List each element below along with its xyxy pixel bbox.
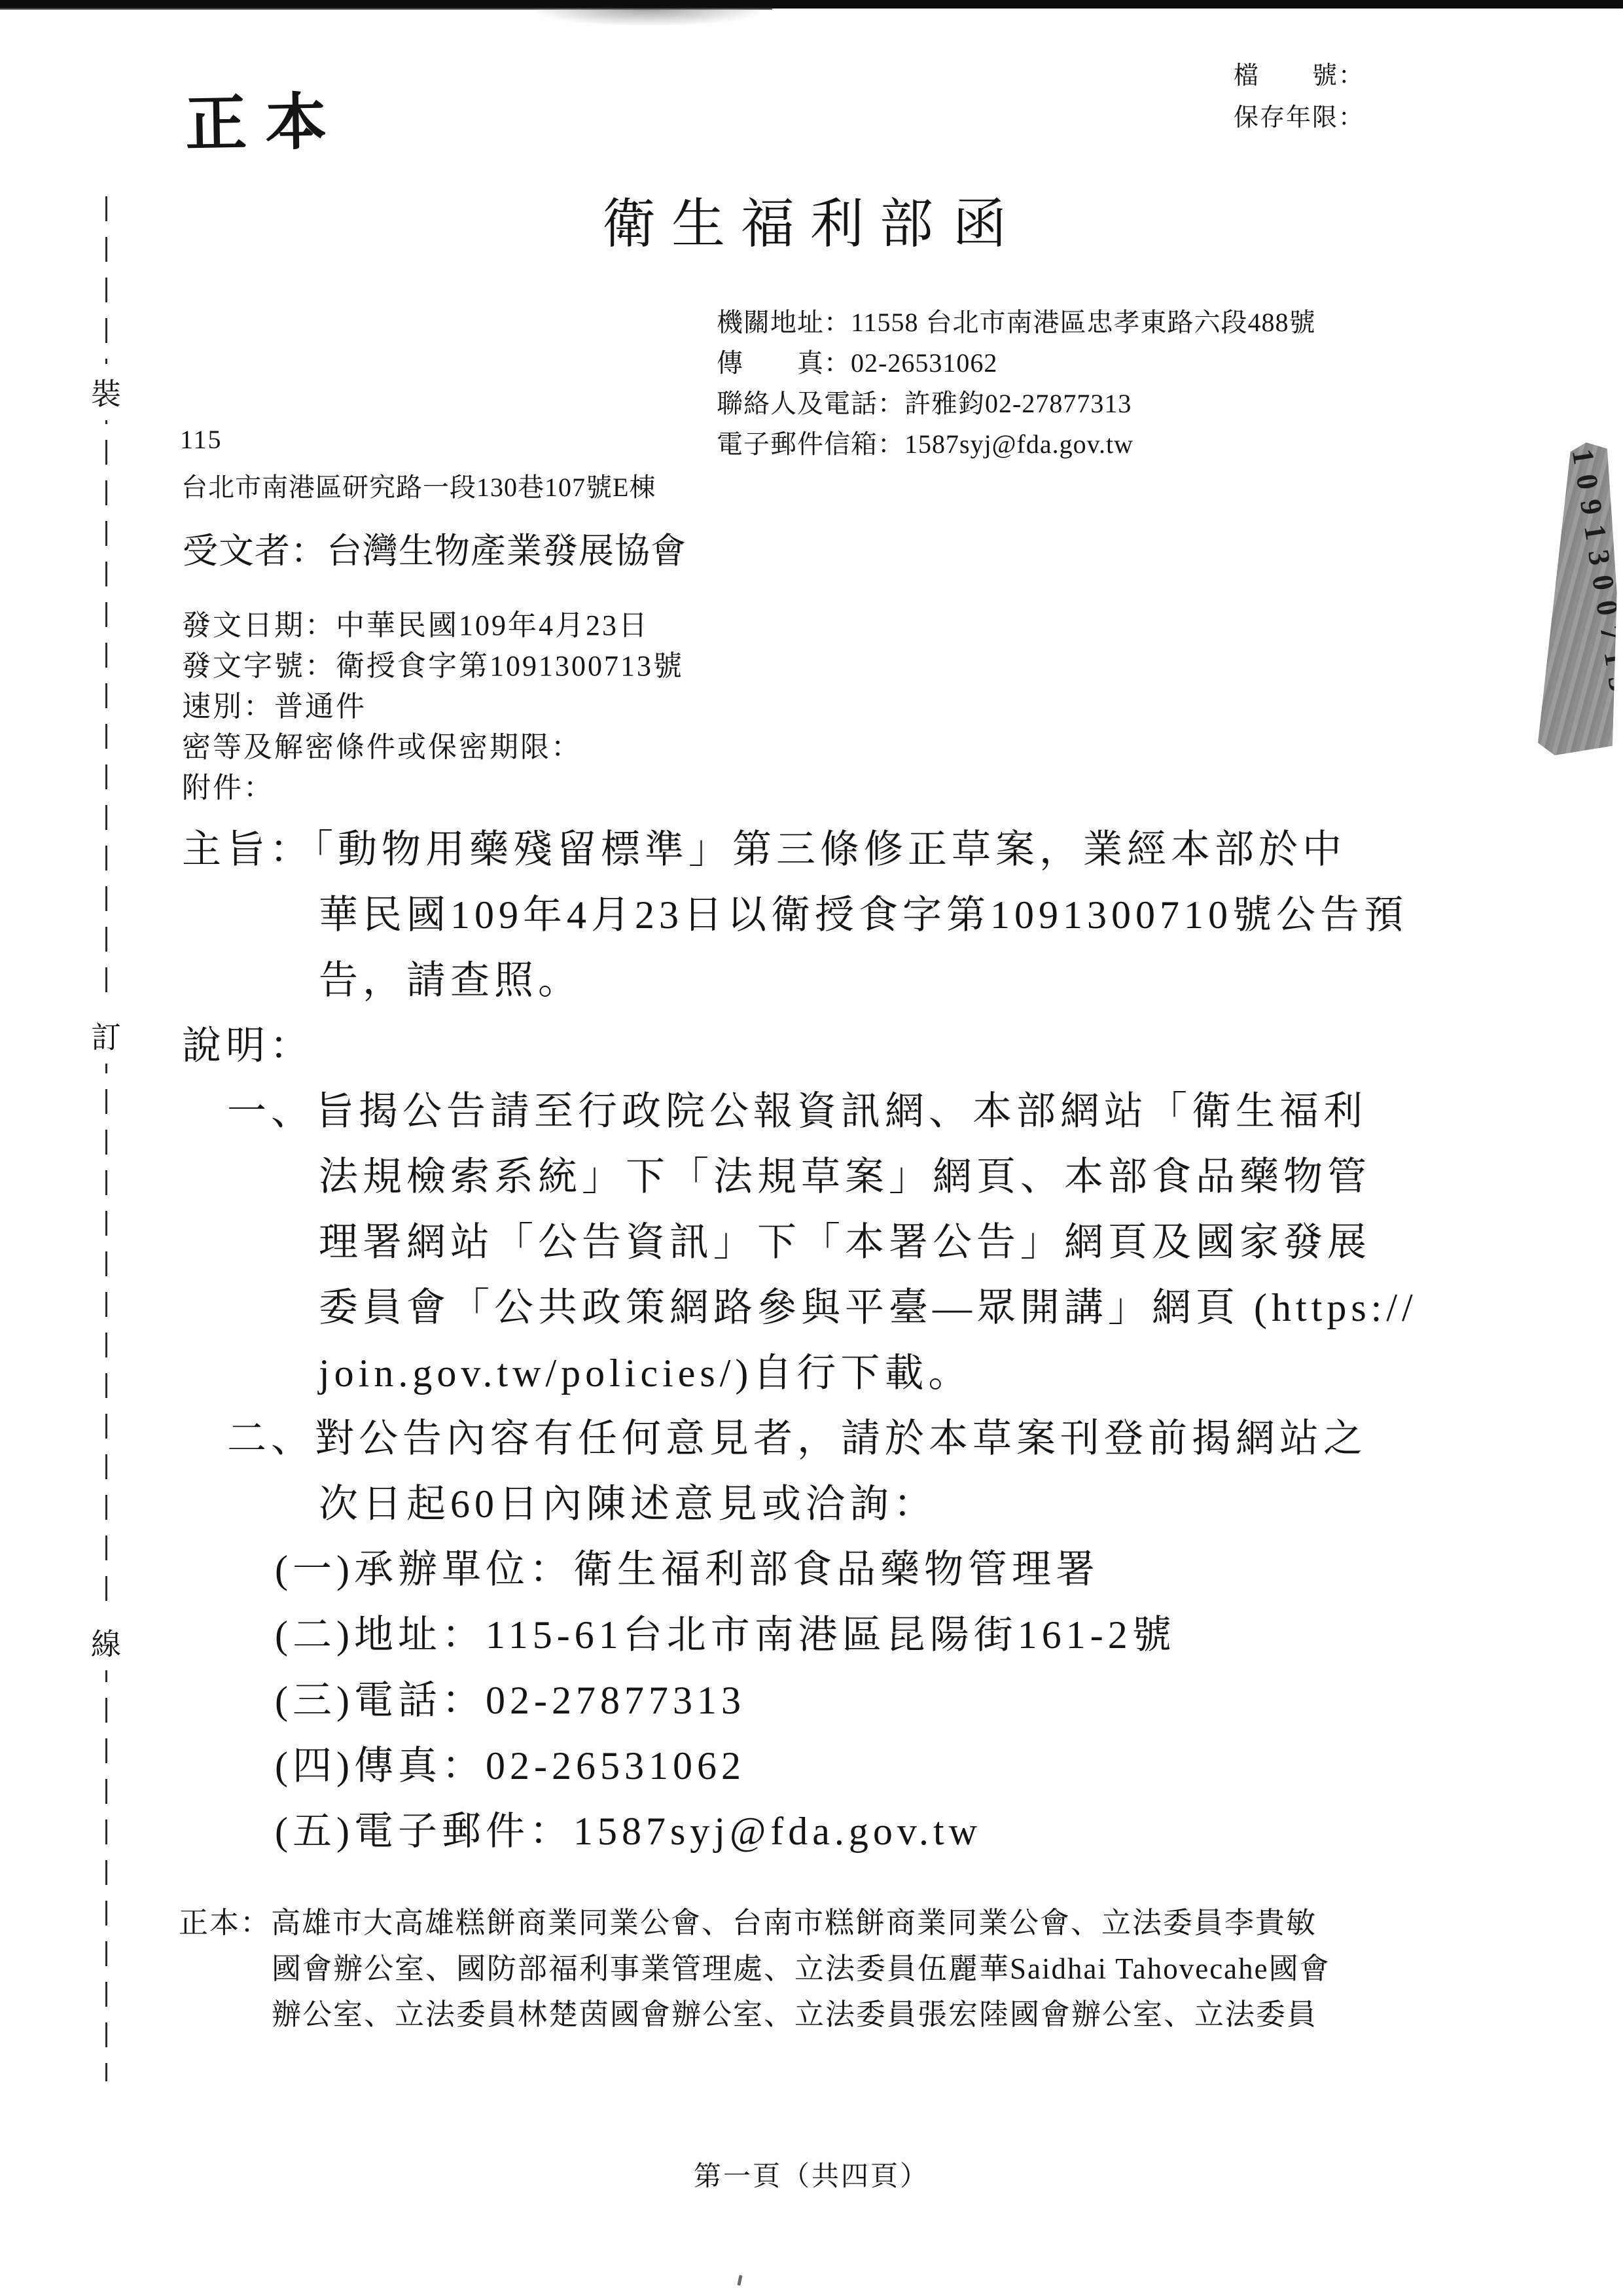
document-type: 函 bbox=[953, 188, 1022, 260]
body-line: 華民國109年4月23日以衛授食字第1091300710號公告預 bbox=[319, 884, 1408, 940]
sender-email: 電子郵件信箱：1587syj@fda.gov.tw bbox=[717, 424, 1316, 465]
copies-line: 國會辦公室、國防部福利事業管理處、立法委員伍麗華Saidhai Tahoveca… bbox=[179, 1946, 1330, 1992]
attachment: 附件： bbox=[182, 768, 684, 808]
issue-number: 發文字號：衛授食字第1091300713號 bbox=[182, 646, 684, 687]
body-line-item-1: 一、旨揭公告請至行政院公報資訊網、本部網站「衛生福利 bbox=[227, 1080, 1367, 1136]
copies-line: 正本：高雄市大高雄糕餅商業同業公會、台南市糕餅商業同業公會、立法委員李貴敏 bbox=[179, 1900, 1330, 1946]
copy-type-stamp: 正本 bbox=[185, 72, 346, 163]
issue-date: 發文日期：中華民國109年4月23日 bbox=[182, 605, 684, 646]
archival-labels: 檔 號： 保存年限： bbox=[1234, 55, 1364, 139]
priority: 速別：普通件 bbox=[182, 687, 684, 727]
binding-dashed-line bbox=[105, 196, 107, 2081]
body-line-subitem-5: (五)電子郵件：1587syj@fda.gov.tw bbox=[275, 1800, 982, 1856]
document-title: 衛生福利部 函 bbox=[602, 188, 1022, 260]
binding-mark-zhuang: 裝 bbox=[89, 364, 123, 420]
classification: 密等及解密條件或保密期限： bbox=[182, 727, 684, 768]
scanned-official-letter-page: 正本 檔 號： 保存年限： 衛生福利部 函 機關地址：11558 台北市南港區忠… bbox=[0, 0, 1623, 2296]
issuing-agency: 衛生福利部 bbox=[602, 188, 949, 260]
body-line-explanation: 說明： bbox=[182, 1014, 313, 1071]
sender-contact-block: 機關地址：11558 台北市南港區忠孝東路六段488號 傳 真：02-26531… bbox=[717, 302, 1316, 465]
binding-mark-ding: 訂 bbox=[89, 1007, 123, 1064]
body-line: 理署網站「公告資訊」下「本署公告」網頁及國家發展 bbox=[319, 1211, 1371, 1267]
sender-contact-person: 聯絡人及電話：許雅鈞02-27877313 bbox=[717, 384, 1316, 424]
binding-mark-xian: 線 bbox=[89, 1614, 123, 1670]
body-line-subitem-1: (一)承辦單位：衛生福利部食品藥物管理署 bbox=[275, 1538, 1099, 1594]
file-number-label: 檔 號： bbox=[1234, 55, 1364, 97]
scan-stamp-artifact: 1091300713 bbox=[1535, 442, 1623, 755]
body-line-item-2: 二、對公告內容有任何意見者，請於本草案刊登前揭網站之 bbox=[227, 1407, 1367, 1463]
page-number-footer: 第一頁（共四頁） bbox=[0, 2155, 1623, 2194]
copies-block: 正本：高雄市大高雄糕餅商業同業公會、台南市糕餅商業同業公會、立法委員李貴敏 國會… bbox=[179, 1900, 1330, 2037]
retention-period-label: 保存年限： bbox=[1234, 97, 1364, 139]
body-line-subitem-3: (三)電話：02-27877313 bbox=[275, 1669, 745, 1725]
body-line: join.gov.tw/policies/)自行下載。 bbox=[319, 1342, 972, 1398]
sender-address: 機關地址：11558 台北市南港區忠孝東路六段488號 bbox=[717, 302, 1316, 343]
body-line-subitem-4: (四)傳真：02-26531062 bbox=[275, 1734, 745, 1791]
body-line: 委員會「公共政策網路參與平臺—眾開講」網頁 (https:// bbox=[319, 1276, 1418, 1333]
document-meta-block: 發文日期：中華民國109年4月23日 發文字號：衛授食字第1091300713號… bbox=[182, 605, 684, 808]
scan-smudge bbox=[537, 9, 759, 26]
recipient-zip: 115 bbox=[180, 424, 223, 455]
body-line: 告，請查照。 bbox=[319, 949, 582, 1005]
scan-speck bbox=[737, 2275, 742, 2286]
stamp-digits: 1091300713 bbox=[1565, 446, 1623, 704]
body-line-subject: 主旨：「動物用藥殘留標準」第三條修正草案，業經本部於中 bbox=[182, 818, 1346, 874]
recipient-line: 受文者：台灣生物產業發展協會 bbox=[183, 523, 687, 573]
body-line: 法規檢索系統」下「法規草案」網頁、本部食品藥物管 bbox=[319, 1145, 1371, 1202]
copies-line: 辦公室、立法委員林楚茵國會辦公室、立法委員張宏陸國會辦公室、立法委員 bbox=[179, 1992, 1330, 2037]
body-line: 次日起60日內陳述意見或洽詢： bbox=[319, 1473, 937, 1529]
sender-fax: 傳 真：02-26531062 bbox=[717, 343, 1316, 384]
body-line-subitem-2: (二)地址：115-61台北市南港區昆陽街161-2號 bbox=[275, 1604, 1176, 1660]
recipient-address: 台北市南港區研究路一段130巷107號E棟 bbox=[181, 467, 656, 504]
